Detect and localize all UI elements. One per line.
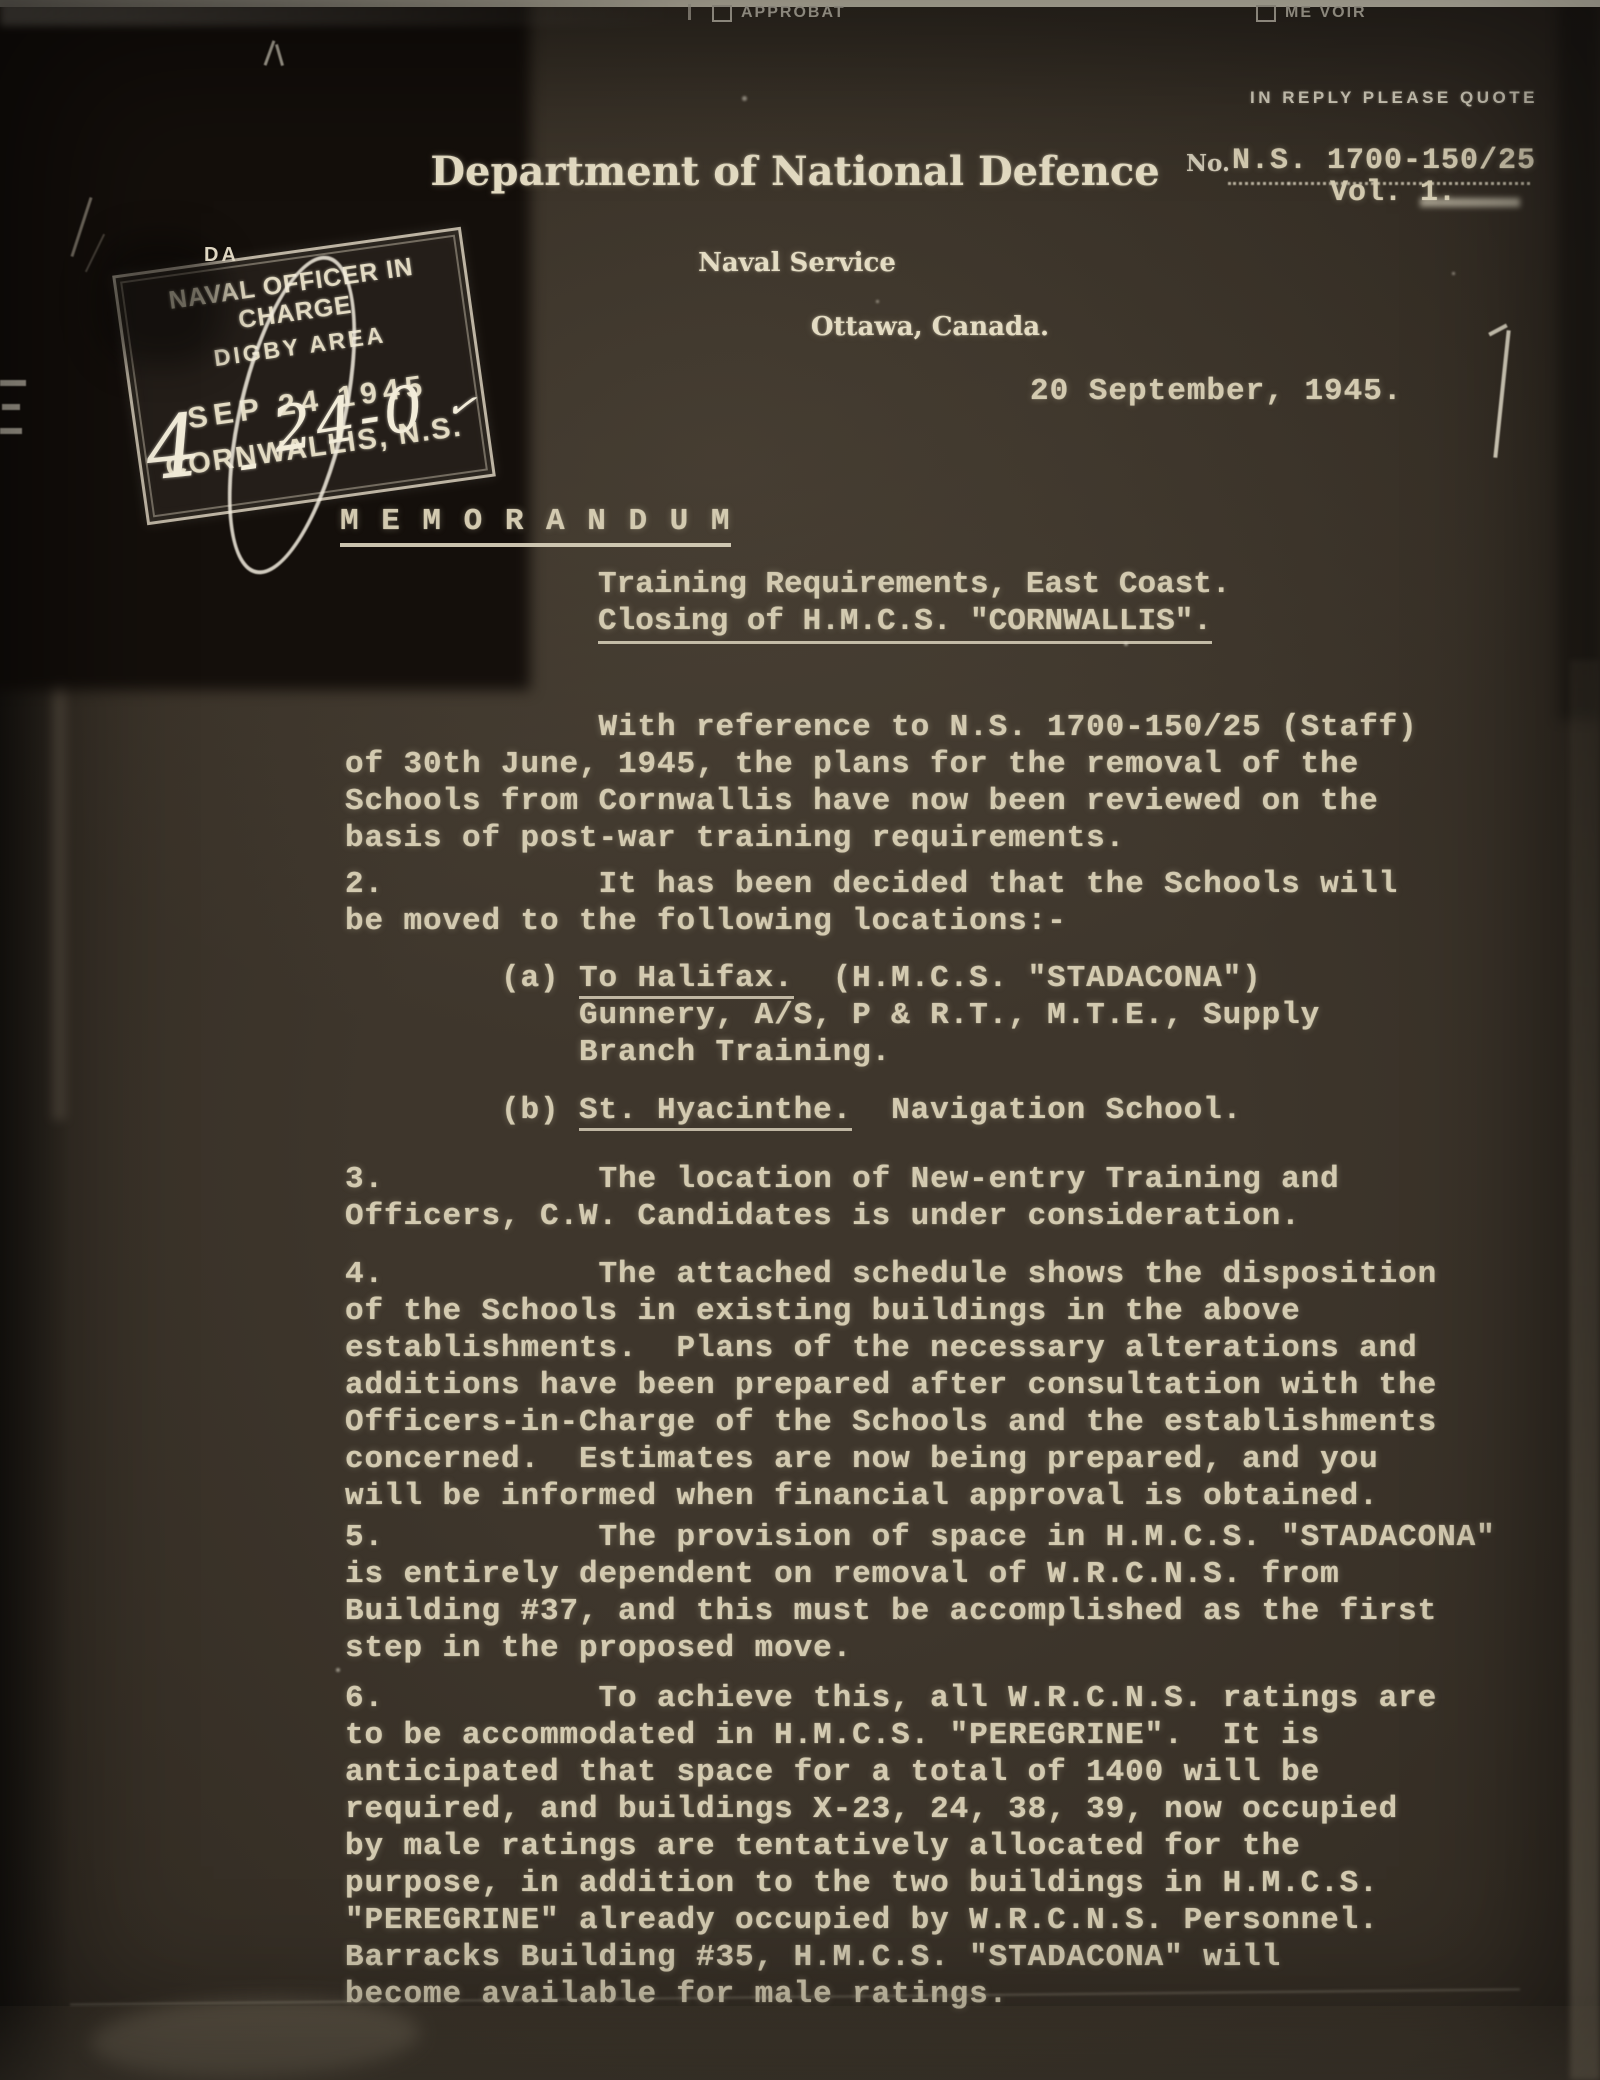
memo-paragraph: 3. The location of New-entry Training an… bbox=[345, 1161, 1555, 1235]
typed-line: basis of post-war training requirements. bbox=[345, 820, 1555, 857]
dust-speck bbox=[1124, 642, 1128, 646]
typed-line: of 30th June, 1945, the plans for the re… bbox=[345, 746, 1555, 783]
typed-line: (b) St. Hyacinthe. Navigation School. bbox=[345, 1092, 1555, 1129]
checkbox-icon bbox=[1256, 5, 1276, 22]
checkbox-icon bbox=[712, 5, 732, 22]
typed-line: 4. The attached schedule shows the dispo… bbox=[345, 1256, 1555, 1293]
handwritten-checkmark: ✓ bbox=[443, 384, 479, 429]
typed-line: (a) To Halifax. (H.M.C.S. "STADACONA") bbox=[345, 960, 1555, 997]
typed-line: step in the proposed move. bbox=[345, 1630, 1555, 1667]
typed-line: establishments. Plans of the necessary a… bbox=[345, 1330, 1555, 1367]
form-approbation-label: APPROBAT bbox=[741, 4, 846, 21]
dust-speck bbox=[1452, 272, 1455, 275]
handwritten-figure: 4 bbox=[141, 395, 206, 500]
typed-line: Schools from Cornwallis have now been re… bbox=[345, 783, 1555, 820]
typed-line: concerned. Estimates are now being prepa… bbox=[345, 1441, 1555, 1478]
form-divider-bar bbox=[688, 4, 691, 20]
typed-line: With reference to N.S. 1700-150/25 (Staf… bbox=[345, 709, 1555, 746]
typed-line: become available for male ratings. bbox=[345, 1976, 1555, 2013]
typed-line: will be informed when financial approval… bbox=[345, 1478, 1555, 1515]
form-me-voir-checkbox: ME VOIR bbox=[1256, 4, 1367, 22]
typed-line: purpose, in addition to the two building… bbox=[345, 1865, 1555, 1902]
typed-line: 5. The provision of space in H.M.C.S. "S… bbox=[345, 1519, 1555, 1556]
typed-line: Building #37, and this must be accomplis… bbox=[345, 1593, 1555, 1630]
typed-line: 3. The location of New-entry Training an… bbox=[345, 1161, 1555, 1198]
typed-line: required, and buildings X-23, 24, 38, 39… bbox=[345, 1791, 1555, 1828]
dust-speck bbox=[876, 300, 879, 303]
dust-speck bbox=[742, 96, 747, 101]
memo-paragraph: 4. The attached schedule shows the dispo… bbox=[345, 1256, 1555, 1515]
typed-line: by male ratings are tentatively allocate… bbox=[345, 1828, 1555, 1865]
typed-line: to be accommodated in H.M.C.S. "PEREGRIN… bbox=[345, 1717, 1555, 1754]
memo-paragraph: (a) To Halifax. (H.M.C.S. "STADACONA") G… bbox=[345, 960, 1555, 1071]
typed-line: "PEREGRINE" already occupied by W.R.C.N.… bbox=[345, 1902, 1555, 1939]
typed-line: 6. To achieve this, all W.R.C.N.S. ratin… bbox=[345, 1680, 1555, 1717]
typed-line: be moved to the following locations:- bbox=[345, 903, 1555, 940]
typed-line: Officers, C.W. Candidates is under consi… bbox=[345, 1198, 1555, 1235]
memo-paragraph: (b) St. Hyacinthe. Navigation School. bbox=[345, 1092, 1555, 1129]
typed-line: is entirely dependent on removal of W.R.… bbox=[345, 1556, 1555, 1593]
form-approbation-checkbox: APPROBAT bbox=[712, 4, 846, 22]
dust-speck bbox=[1288, 182, 1291, 185]
letterhead-canada-fragment: DA bbox=[204, 244, 239, 267]
typed-line: Officers-in-Charge of the Schools and th… bbox=[345, 1404, 1555, 1441]
memo-paragraph: 2. It has been decided that the Schools … bbox=[345, 866, 1555, 940]
typed-line: Gunnery, A/S, P & R.T., M.T.E., Supply bbox=[345, 997, 1555, 1034]
memorandum-photostat: APPROBAT ME VOIR IN REPLY PLEASE QUOTE D… bbox=[0, 0, 1600, 2080]
typed-line: Branch Training. bbox=[345, 1034, 1555, 1071]
dust-speck bbox=[336, 1668, 340, 1672]
typed-line: additions have been prepared after consu… bbox=[345, 1367, 1555, 1404]
scan-top-left-blur bbox=[0, 0, 680, 26]
typed-line: Barracks Building #35, H.M.C.S. "STADACO… bbox=[345, 1939, 1555, 1976]
memo-paragraph: 5. The provision of space in H.M.C.S. "S… bbox=[345, 1519, 1555, 1667]
memo-paragraph: With reference to N.S. 1700-150/25 (Staf… bbox=[345, 709, 1555, 857]
typed-line: of the Schools in existing buildings in … bbox=[345, 1293, 1555, 1330]
form-me-voir-label: ME VOIR bbox=[1285, 4, 1367, 21]
typed-line: anticipated that space for a total of 14… bbox=[345, 1754, 1555, 1791]
typed-line: 2. It has been decided that the Schools … bbox=[345, 866, 1555, 903]
memo-paragraph: 6. To achieve this, all W.R.C.N.S. ratin… bbox=[345, 1680, 1555, 2013]
